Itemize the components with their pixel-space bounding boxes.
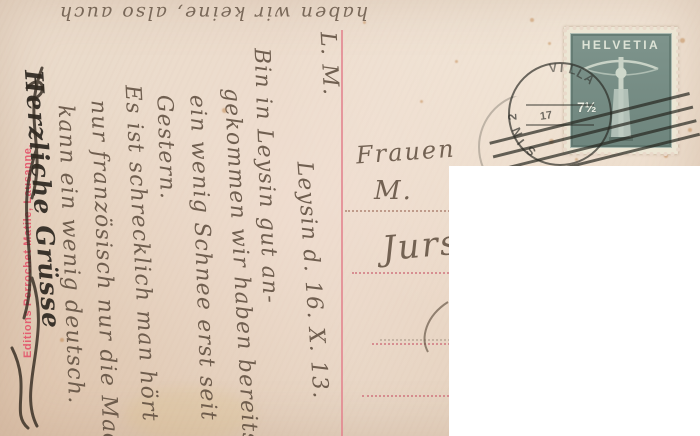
age-speck [680,38,685,43]
stamp-perforation-top [564,25,678,30]
stamp-country-label: HELVETIA [570,38,672,52]
age-speck [420,100,423,103]
age-speck [548,42,551,45]
postmark-date: 17 [539,109,553,123]
age-speck [530,18,534,22]
postmark-letter: V [548,61,558,76]
signature-flourish-graphic [2,58,64,430]
address-recipient-line1: Frauen [355,135,456,170]
postcard-photo: haben wir keine, also auch L. M.Leysin d… [0,0,700,436]
postmark-letter: 2 [505,113,519,121]
privacy-mask [449,166,700,436]
age-speck [455,60,458,63]
address-recipient-line2: M. [374,176,413,206]
